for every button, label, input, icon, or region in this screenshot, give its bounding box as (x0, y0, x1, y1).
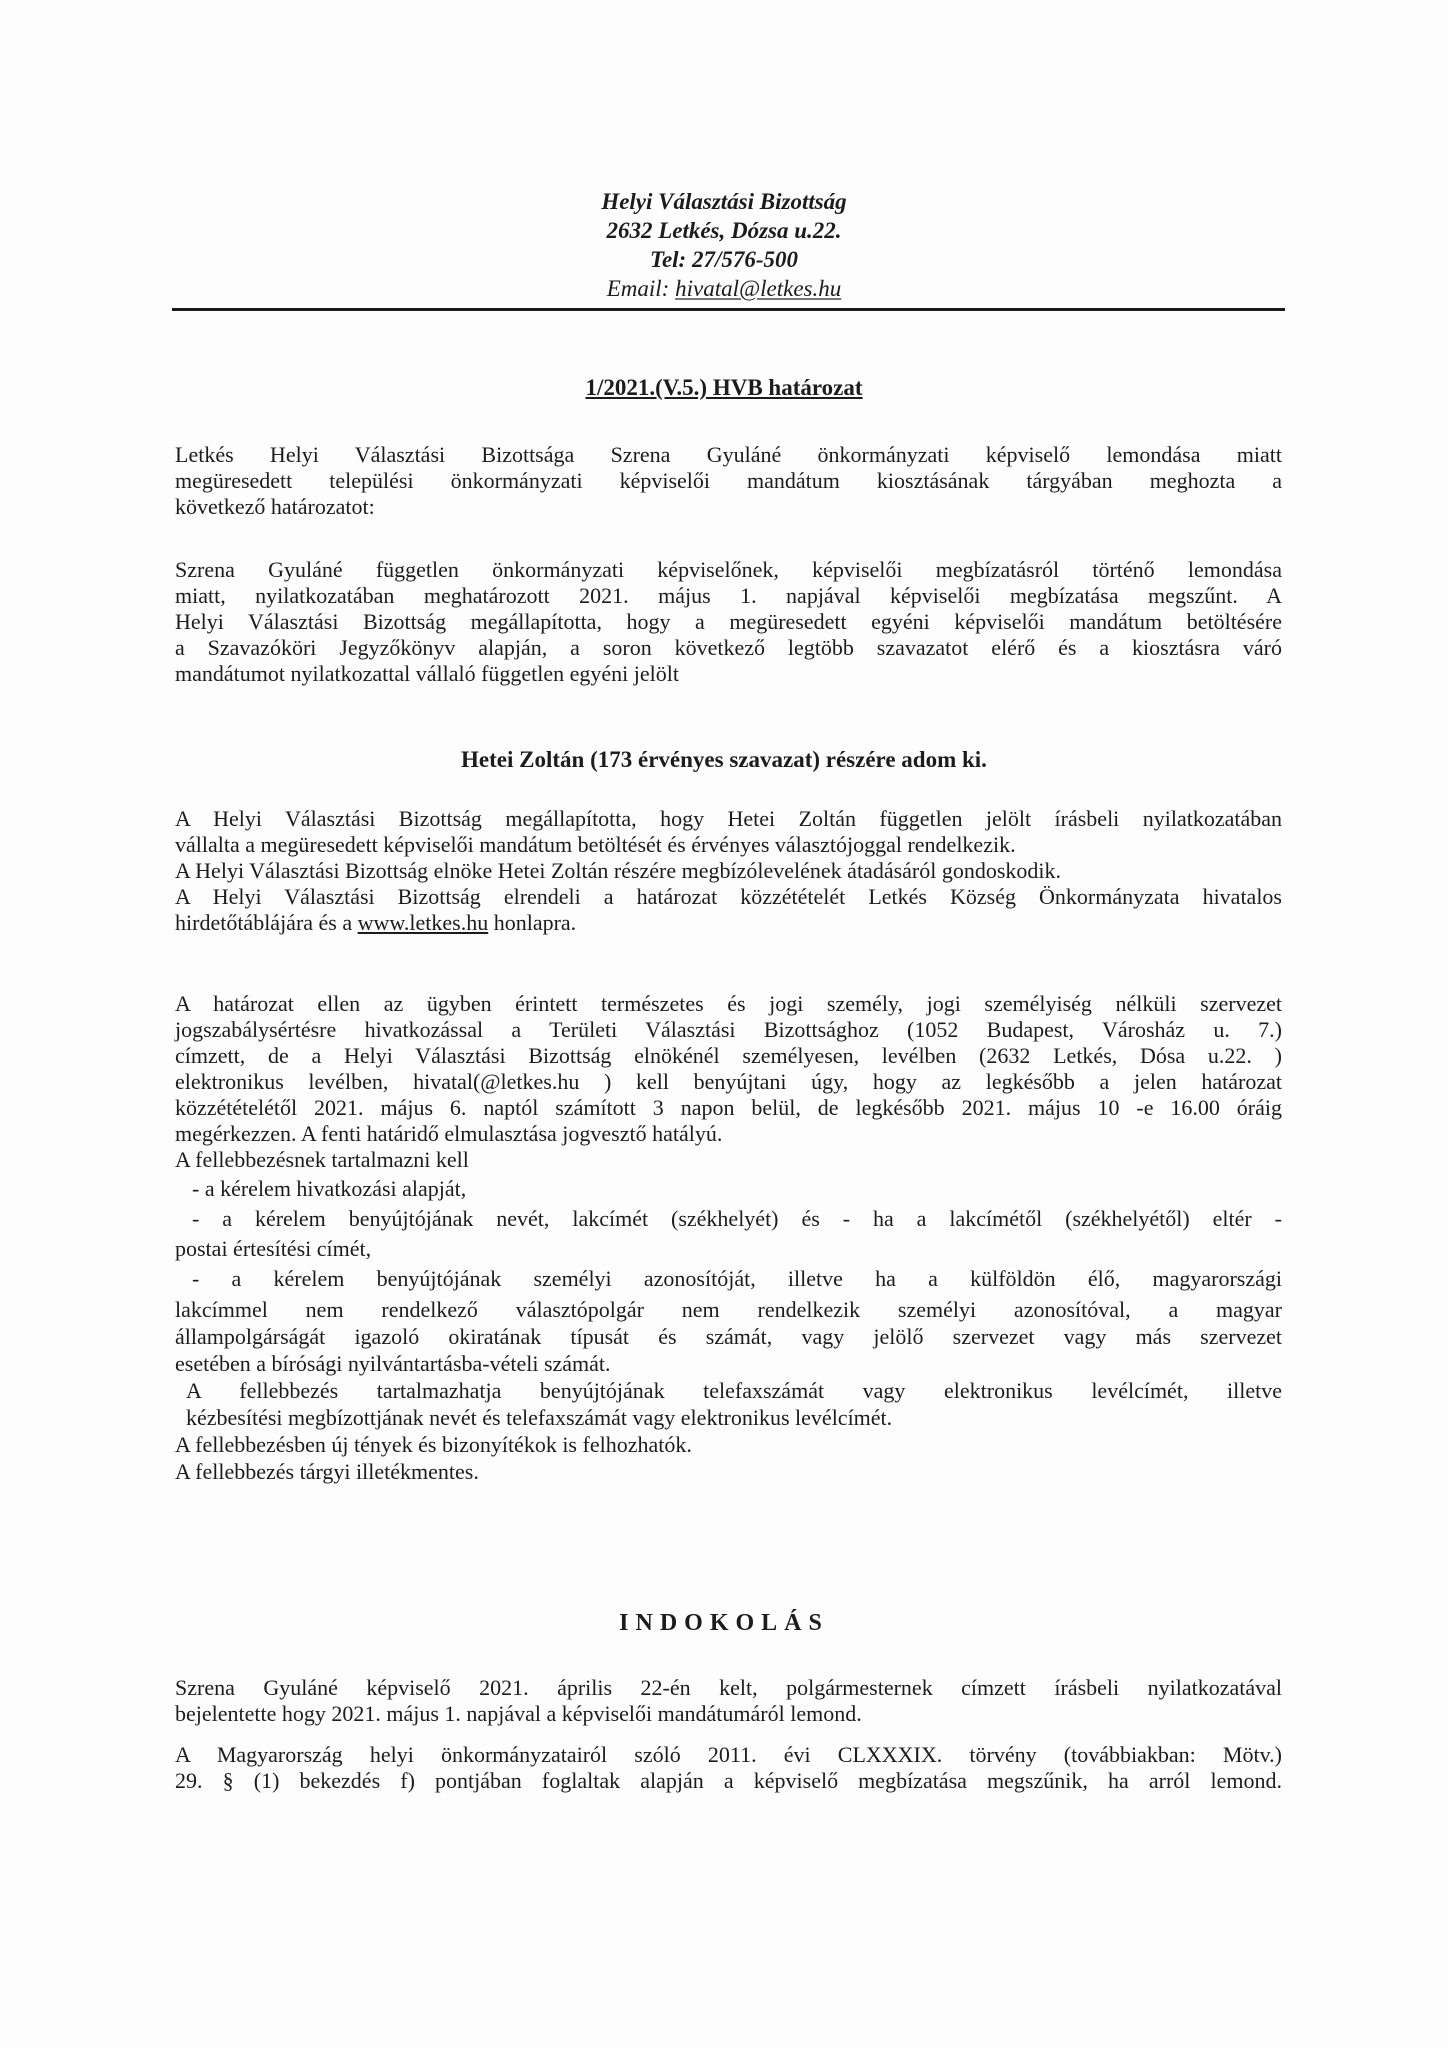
findings-text: honlapra. (488, 910, 576, 935)
appeal-line: kézbesítési megbízottjának nevét és tele… (186, 1405, 1282, 1431)
appeal-list-item: - a kérelem hivatkozási alapját, (192, 1176, 1282, 1202)
appeal-line: állampolgárságát igazoló okiratának típu… (175, 1324, 1282, 1350)
email-link[interactable]: hivatal@letkes.hu (675, 276, 841, 301)
appeal-line: A fellebbezés tárgyi illetékmentes. (175, 1459, 1282, 1485)
appeal-list-item: - a kérelem benyújtójának személyi azono… (192, 1266, 1282, 1292)
intro-line: Letkés Helyi Választási Bizottsága Szren… (175, 442, 1282, 468)
header-email-line: Email: hivatal@letkes.hu (0, 274, 1448, 303)
decision-line: miatt, nyilatkozatában meghatározott 202… (175, 583, 1282, 609)
decision-line: a Szavazóköri Jegyzőkönyv alapján, a sor… (175, 635, 1282, 661)
header-org: Helyi Választási Bizottság (0, 187, 1448, 216)
appeal-line: A határozat ellen az ügyben érintett ter… (175, 991, 1282, 1017)
appeal-line: közzétételétől 2021. május 6. naptól szá… (175, 1095, 1282, 1121)
appeal-line: A fellebbezés tartalmazhatja benyújtóján… (186, 1378, 1282, 1404)
website-link[interactable]: www.letkes.hu (358, 910, 489, 935)
decision-highlight: Hetei Zoltán (173 érvényes szavazat) rés… (0, 746, 1448, 774)
header-divider (172, 308, 1285, 311)
decision-line: Szrena Gyuláné független önkormányzati k… (175, 557, 1282, 583)
findings-text: hirdetőtáblájára és a (175, 910, 358, 935)
appeal-line: esetében a bírósági nyilvántartásba-véte… (175, 1351, 1282, 1377)
document-title: 1/2021.(V.5.) HVB határozat (0, 374, 1448, 402)
appeal-line: jogszabálysértésre hivatkozással a Terül… (175, 1017, 1282, 1043)
appeal-line: elektronikus levélben, hivatal(@letkes.h… (175, 1069, 1282, 1095)
appeal-line: postai értesítési címét, (175, 1236, 1282, 1262)
findings-line: A Helyi Választási Bizottság elrendeli a… (175, 884, 1282, 910)
intro-line: megüresedett települési önkormányzati ké… (175, 468, 1282, 494)
email-label: Email: (607, 276, 675, 301)
appeal-line: címzett, de a Helyi Választási Bizottság… (175, 1043, 1282, 1069)
findings-line: vállalta a megüresedett képviselői mandá… (175, 832, 1282, 858)
reasoning-line: 29. § (1) bekezdés f) pontjában foglalta… (175, 1768, 1282, 1794)
decision-line: mandátumot nyilatkozattal vállaló függet… (175, 661, 1282, 687)
intro-line: következő határozatot: (175, 494, 1282, 520)
findings-line: A Helyi Választási Bizottság megállapíto… (175, 806, 1282, 832)
findings-line-last: hirdetőtáblájára és a www.letkes.hu honl… (175, 910, 1282, 936)
appeal-line: A fellebbezésben új tények és bizonyíték… (175, 1432, 1282, 1458)
header-address: 2632 Letkés, Dózsa u.22. (0, 216, 1448, 245)
decision-line: Helyi Választási Bizottság megállapított… (175, 609, 1282, 635)
appeal-line: A fellebbezésnek tartalmazni kell (175, 1147, 1282, 1173)
appeal-list-item: - a kérelem benyújtójának nevét, lakcímé… (192, 1206, 1282, 1232)
appeal-line: megérkezzen. A fenti határidő elmulasztá… (175, 1121, 1282, 1147)
document-page: Helyi Választási Bizottság 2632 Letkés, … (0, 0, 1448, 2048)
appeal-line: lakcímmel nem rendelkező választópolgár … (175, 1297, 1282, 1323)
reasoning-line: bejelentette hogy 2021. május 1. napjáva… (175, 1701, 1282, 1727)
reasoning-heading: INDOKOLÁS (0, 1609, 1448, 1637)
reasoning-line: Szrena Gyuláné képviselő 2021. április 2… (175, 1675, 1282, 1701)
reasoning-line: A Magyarország helyi önkormányzatairól s… (175, 1742, 1282, 1768)
header-tel: Tel: 27/576-500 (0, 245, 1448, 274)
findings-line: A Helyi Választási Bizottság elnöke Hete… (175, 858, 1282, 884)
